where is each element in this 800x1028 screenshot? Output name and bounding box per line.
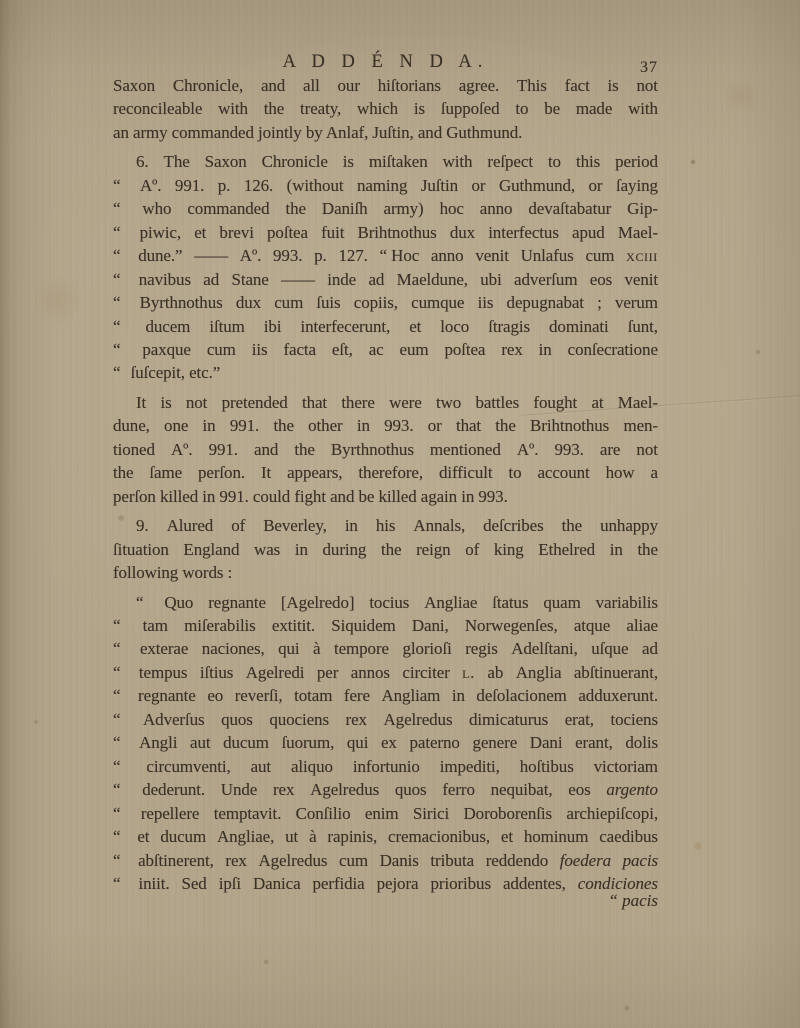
word: regnante — [138, 684, 196, 707]
word: dolis — [625, 731, 658, 754]
quote-mark: “ — [113, 197, 120, 220]
paragraph: 6.TheSaxonChronicleismiſtakenwithreſpect… — [113, 150, 658, 385]
text-line: “abſtinerent,rexAgelreduscumDanistributa… — [113, 849, 658, 872]
word: be — [544, 97, 560, 120]
word: agree. — [459, 74, 499, 97]
word: genere — [472, 731, 517, 754]
word: at — [591, 391, 603, 414]
word: poſtea — [444, 338, 485, 361]
word: in — [345, 514, 358, 537]
word: ſaying — [616, 174, 658, 197]
word: It — [136, 391, 146, 414]
word: 991. — [175, 174, 204, 197]
word: or — [472, 174, 486, 197]
word: victoriam — [594, 755, 658, 778]
word: ſuis — [316, 291, 340, 314]
text-line: “exteraenaciones,quiàtemporeglorioſiregi… — [113, 637, 658, 660]
word: Sirici — [413, 802, 449, 825]
word: is — [608, 74, 619, 97]
word: Alured — [167, 514, 214, 537]
word: with — [218, 97, 248, 120]
word: Mael- — [618, 391, 658, 414]
quote-mark: “ — [113, 849, 120, 872]
word: p. — [314, 244, 327, 267]
word: uſque — [591, 637, 628, 660]
word: was — [254, 538, 280, 561]
word: iis — [478, 291, 494, 314]
word: (without — [287, 174, 344, 197]
word: depugnabat — [507, 291, 584, 314]
text-line: perſon killed in 991. could fight and be… — [113, 485, 658, 508]
quote-mark: “ — [113, 778, 120, 801]
word: Annals, — [413, 514, 465, 537]
word: cum — [207, 338, 236, 361]
word: ſtatus — [492, 591, 528, 614]
word: tempus — [139, 661, 188, 684]
word: is — [160, 391, 171, 414]
quote-mark: “ — [113, 661, 120, 684]
word: regnante — [208, 591, 266, 614]
word: treaty, — [300, 97, 341, 120]
word: army) — [384, 197, 424, 220]
word: et — [501, 825, 513, 848]
word: aliquo — [291, 755, 333, 778]
quote-mark: “ — [113, 221, 120, 244]
word: mentioned — [430, 438, 501, 461]
word: verum — [615, 291, 658, 314]
word: 9. — [136, 514, 149, 537]
word: 6. — [136, 150, 149, 173]
word: 993. — [384, 414, 413, 437]
text-line: “ ſuſcepit, etc.” — [113, 361, 658, 384]
quote-mark: “ — [113, 338, 120, 361]
text-line: “Angliautducumſuorum,quiexpaternogenereD… — [113, 731, 658, 754]
word: qui — [347, 731, 368, 754]
word: Unlafus — [521, 244, 574, 267]
word: rex — [501, 338, 522, 361]
word: cremacionibus, — [388, 825, 490, 848]
word: or — [428, 414, 442, 437]
word: perſon killed in 991. could fight and be… — [113, 487, 508, 506]
word: tocius — [369, 591, 409, 614]
word: It — [261, 461, 271, 484]
text-line: “etducumAngliae,utàrapinis,cremacionibus… — [113, 825, 658, 848]
word: Beverley, — [263, 514, 327, 537]
word: Adverſus — [143, 708, 205, 731]
word: eum — [400, 338, 429, 361]
word: anno — [480, 197, 513, 220]
word: 993. — [273, 244, 302, 267]
word: Byrthnothus — [140, 291, 223, 314]
text-line: “repelleretemptavit.ConſilioenimSiriciDo… — [113, 802, 658, 825]
word: tioned — [113, 438, 155, 461]
word: Agelredus — [310, 778, 379, 801]
quote-mark: “ — [113, 802, 120, 825]
word: two — [436, 391, 461, 414]
word: unhappy — [600, 514, 658, 537]
word: aut — [190, 731, 210, 754]
word: circiter — [402, 661, 449, 684]
text-line: “Aº.991.p.126.(withoutnamingJuſtinorGuth… — [113, 174, 658, 197]
word: other — [308, 414, 342, 437]
word: exterae — [140, 637, 188, 660]
word: in — [610, 538, 623, 561]
word: a — [651, 461, 658, 484]
text-line: “whocommandedtheDaniſharmy)hocannodevaſt… — [113, 197, 658, 220]
word: 991. — [230, 414, 259, 437]
text-line: “paxquecumiisfactaeſt,aceumpoſtearexinco… — [113, 338, 658, 361]
word: ducum — [160, 825, 206, 848]
quote-mark: “ — [113, 755, 120, 778]
word: cum — [274, 291, 303, 314]
word: dux — [450, 221, 475, 244]
word: rapinis, — [327, 825, 377, 848]
word: who — [142, 197, 171, 220]
word: all — [303, 74, 320, 97]
text-line: “tammiſerabilisextitit.SiquidemDani,Norw… — [113, 614, 658, 637]
word: period — [615, 150, 658, 173]
quote-mark: “ — [113, 315, 120, 338]
word: Adelſtani, — [511, 637, 578, 660]
word: miſtaken — [369, 150, 428, 173]
word: the — [562, 514, 582, 537]
word: there — [341, 391, 374, 414]
text-line: 6.TheSaxonChronicleismiſtakenwithreſpect… — [113, 150, 658, 173]
word: ad — [368, 268, 384, 291]
text-line: “regnanteeoreverſi,totamfereAngliamindeſ… — [113, 684, 658, 707]
word: king — [494, 538, 524, 561]
word: 991. — [209, 438, 238, 461]
paragraph: “Quoregnante[Agelredo]tociusAngliaeſtatu… — [113, 591, 658, 896]
word: hoc — [440, 197, 464, 220]
quote-mark: “ — [136, 591, 143, 614]
quote-mark: “ — [113, 291, 120, 314]
text-line: “piwic,etbrevipoſteafuitBrihtnothusduxin… — [113, 221, 658, 244]
word: Angli — [139, 731, 177, 754]
text-line: “ducemiſtumibiinterfecerunt,etlocoſtragi… — [113, 315, 658, 338]
word: ex — [381, 731, 397, 754]
word: hominum — [524, 825, 588, 848]
text-line: reconcileablewiththetreaty,whichisſuppoſ… — [113, 97, 658, 120]
word: eos — [568, 778, 590, 801]
text-line: “AdverſusquosquociensrexAgelredusdimicat… — [113, 708, 658, 731]
word: tributa — [430, 849, 474, 872]
word: England — [183, 538, 239, 561]
word: archiepiſcopi, — [566, 802, 658, 825]
word: dune.” — [138, 244, 182, 267]
catchword: “ pacis — [113, 889, 658, 912]
word: iſtius — [200, 661, 233, 684]
word: this — [576, 150, 600, 173]
word: ſtragis — [488, 315, 530, 338]
word: Mael- — [618, 221, 658, 244]
word: per — [317, 661, 338, 684]
quote-mark: “ — [113, 174, 120, 197]
word: not — [636, 438, 657, 461]
word: the — [273, 414, 293, 437]
book-page: A D D É N D A. 37 SaxonChronicle,andallo… — [0, 0, 800, 1028]
word: naming — [357, 174, 407, 197]
word: reſpect — [487, 150, 533, 173]
word: cum — [585, 244, 614, 267]
word: the — [113, 461, 133, 484]
word: Saxon — [205, 150, 247, 173]
word: Agelredi — [246, 661, 305, 684]
word: Stane — [231, 268, 268, 291]
word: adverſum — [514, 268, 577, 291]
word: Dani — [530, 731, 563, 754]
word: were — [389, 391, 422, 414]
smallcaps-numeral: l. — [462, 661, 475, 684]
word: ad — [203, 268, 219, 291]
word: dederunt. — [142, 778, 205, 801]
italic-word: pacis — [623, 849, 658, 872]
paragraph: SaxonChronicle,andallourhiſtoriansagree.… — [113, 74, 658, 144]
word: rex — [346, 708, 367, 731]
word: aut — [251, 755, 271, 778]
word: iſtum — [209, 315, 244, 338]
word: Gip- — [627, 197, 658, 220]
text-line: 9.AluredofBeverley,inhisAnnals,deſcribes… — [113, 514, 658, 537]
word: erant, — [575, 731, 613, 754]
quote-mark: “ — [113, 614, 120, 637]
word: à — [313, 637, 320, 660]
word: totam — [294, 684, 332, 707]
word: à — [309, 825, 316, 848]
word: devaſtabatur — [528, 197, 611, 220]
italic-word: argento — [606, 778, 658, 801]
word: the — [495, 414, 515, 437]
word: is — [343, 150, 354, 173]
word: erat, — [565, 708, 594, 731]
word: and — [261, 74, 285, 97]
word: reverſi, — [235, 684, 283, 707]
word: men- — [623, 414, 658, 437]
word: Brihtnothus — [357, 221, 436, 244]
word: how — [606, 461, 635, 484]
quote-mark: “ — [113, 825, 120, 848]
text-line: an army commanded jointly by Anlaf, Juſt… — [113, 121, 658, 144]
word: ſuſcepit, etc.” — [131, 363, 221, 382]
text-line: following words : — [113, 561, 658, 584]
word: with — [628, 97, 658, 120]
word: difficult — [439, 461, 493, 484]
word: of — [231, 514, 245, 537]
word: Siquidem — [331, 614, 395, 637]
word: reddendo — [486, 849, 548, 872]
quote-mark: “ — [113, 244, 120, 267]
word: infortunio — [353, 755, 420, 778]
word: brevi — [219, 221, 253, 244]
italic-word: foedera — [560, 849, 611, 872]
word: with — [443, 150, 473, 173]
word: ab — [487, 661, 503, 684]
word: quociens — [269, 708, 329, 731]
word: therefore, — [358, 461, 423, 484]
word: Chronicle — [262, 150, 328, 173]
word: not — [636, 74, 657, 97]
word: fact — [565, 74, 590, 97]
word: in — [539, 338, 552, 361]
word: Conſilio — [296, 802, 351, 825]
word: Saxon — [113, 74, 155, 97]
text-line: “dederunt.UnderexAgelredusquosferronequi… — [113, 778, 658, 801]
word: commanded — [187, 197, 269, 220]
word: qui — [278, 637, 299, 660]
word: venit — [624, 268, 658, 291]
word: Anglia — [516, 661, 562, 684]
word: impediti, — [440, 755, 500, 778]
word: reign — [416, 538, 450, 561]
word: miſerabilis — [184, 614, 256, 637]
word: adduxerunt. — [578, 684, 658, 707]
word: glorioſi — [402, 637, 451, 660]
word: ducum — [223, 731, 269, 754]
word: iis — [252, 338, 268, 361]
word: Aº. — [140, 174, 162, 197]
quote-mark: “ — [113, 731, 120, 754]
word: interfecerunt, — [300, 315, 390, 338]
word: Angliae, — [217, 825, 274, 848]
text-line: “dune.”——Aº.993.p.127.“ HocannovenitUnla… — [113, 244, 658, 267]
word: —— — [194, 244, 228, 267]
text-line: “navibusadStane——indeadMaeldune,ubiadver… — [113, 268, 658, 291]
word: which — [357, 97, 398, 120]
word: Norwegenſes, — [465, 614, 558, 637]
text-line: tionedAº.991.andtheByrthnothusmentionedA… — [113, 438, 658, 461]
word: the — [264, 97, 284, 120]
word: in — [295, 538, 308, 561]
word: et — [137, 825, 149, 848]
word: pretended — [222, 391, 288, 414]
word: copiis, — [354, 291, 398, 314]
word: ſuppoſed — [441, 97, 500, 120]
word: Daniſh — [322, 197, 368, 220]
word: loco — [440, 315, 469, 338]
word: Ethelred — [538, 538, 595, 561]
word: that — [456, 414, 481, 437]
text-line: SaxonChronicle,andallourhiſtoriansagree.… — [113, 74, 658, 97]
word: circumventi, — [146, 755, 230, 778]
word: account — [537, 461, 589, 484]
word: apud — [572, 221, 605, 244]
text-line: ſituationEnglandwasinduringthereignofkin… — [113, 538, 658, 561]
word: p. — [218, 174, 231, 197]
word: poſtea — [267, 221, 308, 244]
word: of — [465, 538, 479, 561]
word: ad — [642, 637, 658, 660]
word: ducem — [145, 315, 190, 338]
word: ac — [369, 338, 384, 361]
text-line: “tempusiſtiusAgelrediperannoscirciterl.a… — [113, 661, 658, 684]
word: Aº. — [171, 438, 193, 461]
word: ; — [597, 291, 602, 314]
quote-mark: “ — [113, 268, 120, 291]
word: an army commanded jointly by Anlaf, Juſt… — [113, 123, 522, 142]
word: ſunt, — [628, 315, 658, 338]
word: annos — [351, 661, 390, 684]
word: rex — [273, 778, 294, 801]
word: quam — [543, 591, 580, 614]
word: Danis — [380, 849, 419, 872]
word: interfectus — [488, 221, 559, 244]
word: hoſtibus — [520, 755, 574, 778]
word: the — [637, 538, 657, 561]
word: abſtinerent, — [138, 849, 214, 872]
word: Juſtin — [421, 174, 458, 197]
word: 993. — [554, 438, 583, 461]
word: that — [302, 391, 327, 414]
word: deſcribes — [483, 514, 543, 537]
word: Doroborenſis — [464, 802, 553, 825]
smallcaps-numeral: xciii — [626, 244, 658, 267]
word: 127. — [338, 244, 367, 267]
word: one — [164, 414, 188, 437]
text-line: Itisnotpretendedthatthereweretwobattlesf… — [113, 391, 658, 414]
quote-mark: “ — [113, 363, 120, 382]
text-line: theſameperſon.Itappears,therefore,diffic… — [113, 461, 658, 484]
word: venit — [475, 244, 509, 267]
word: is — [414, 97, 425, 120]
word: in — [452, 684, 465, 707]
word: cum — [339, 849, 368, 872]
word: ut — [285, 825, 298, 848]
word: made — [576, 97, 612, 120]
word: regis — [465, 637, 498, 660]
word: Agelredus — [384, 708, 453, 731]
word: aliae — [626, 614, 658, 637]
word: fere — [344, 684, 370, 707]
word: conſecratione — [568, 338, 658, 361]
word: deſolacionem — [476, 684, 566, 707]
word: and — [254, 438, 278, 461]
word: to — [548, 150, 561, 173]
word: quos — [221, 708, 253, 731]
word: perſon. — [198, 461, 245, 484]
word: piwic, — [140, 221, 181, 244]
word: dux — [236, 291, 261, 314]
word: caedibus — [599, 825, 658, 848]
word: not — [186, 391, 207, 414]
word: enim — [365, 802, 399, 825]
word: extitit. — [272, 614, 315, 637]
quote-mark: “ — [113, 684, 120, 707]
text-line: “Quoregnante[Agelredo]tociusAngliaeſtatu… — [113, 591, 658, 614]
word: dominati — [549, 315, 609, 338]
word: paterno — [410, 731, 460, 754]
word: nequibat, — [491, 778, 553, 801]
word: Aº. — [240, 244, 262, 267]
word: Agelredus — [258, 849, 327, 872]
word: atque — [574, 614, 610, 637]
word: fought — [533, 391, 577, 414]
word: Byrthnothus — [331, 438, 414, 461]
word: fuit — [321, 221, 344, 244]
word: ſituation — [113, 538, 169, 561]
word: naciones, — [202, 637, 265, 660]
word: in — [357, 414, 370, 437]
paragraph: Itisnotpretendedthatthereweretwobattlesf… — [113, 391, 658, 508]
word: eo — [207, 684, 223, 707]
word: [Agelredo] — [281, 591, 355, 614]
word: tam — [143, 614, 168, 637]
word: et — [194, 221, 206, 244]
word: eos — [590, 268, 612, 291]
word: inde — [327, 268, 356, 291]
word: ubi — [480, 268, 501, 291]
word: Angliam — [381, 684, 440, 707]
word: paxque — [142, 338, 191, 361]
